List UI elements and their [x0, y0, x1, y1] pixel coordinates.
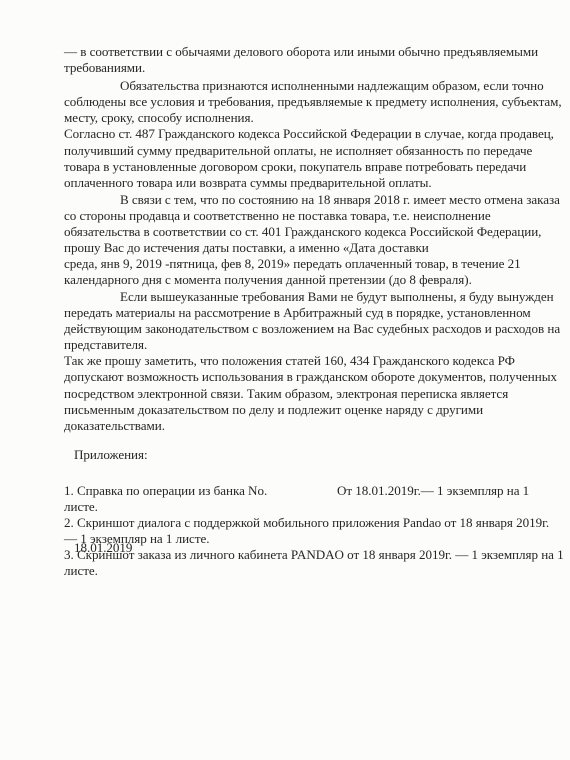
body-line: прошу Вас до истечения даты поставки, а …: [64, 240, 429, 256]
attachment-1-line1-right: От 18.01.2019г.— 1 экземпляр на 1: [337, 483, 529, 499]
body-line: получивший сумму предварительной оплаты,…: [64, 143, 532, 159]
body-line: оплаченного товара или возврата суммы пр…: [64, 175, 432, 191]
body-line: товара в установленные договором сроки, …: [64, 159, 526, 175]
attachment-3-line2: листе.: [64, 563, 98, 579]
attachment-1-line1: 1. Справка по операции из банка No.: [64, 483, 267, 499]
attachment-3-line1: 3. Скриншот заказа из личного кабинета P…: [64, 547, 564, 563]
body-line: месту, сроку, способу исполнения.: [64, 110, 254, 126]
body-line: передать материалы на рассмотрение в Арб…: [64, 305, 531, 321]
attachment-2-line1: 2. Скриншот диалога с поддержкой мобильн…: [64, 515, 549, 531]
body-line: со стороны продавца и соответственно не …: [64, 208, 491, 224]
attachments-heading: Приложения:: [74, 447, 148, 463]
body-line: Обязательства признаются исполненными на…: [120, 78, 544, 94]
body-line: Так же прошу заметить, что положения ста…: [64, 353, 515, 369]
body-line: допускают возможность использования в гр…: [64, 369, 557, 385]
body-line: действующим законодательством с возложен…: [64, 321, 560, 337]
body-line: представителя.: [64, 337, 147, 353]
body-line: обязательства в соответствии со ст. 401 …: [64, 224, 541, 240]
body-line: — в соответствии с обычаями делового обо…: [64, 44, 538, 60]
body-line: требованиями.: [64, 60, 145, 76]
body-line: календарного дня с момента получения дан…: [64, 272, 472, 288]
body-line: В связи с тем, что по состоянию на 18 ян…: [120, 192, 560, 208]
attachment-1-line2: листе.: [64, 499, 98, 515]
body-line: посредством электронной связи. Таким обр…: [64, 386, 508, 402]
body-line: среда, янв 9, 2019 -пятница, фев 8, 2019…: [64, 256, 521, 272]
body-line: доказательствами.: [64, 418, 165, 434]
document-date: 18.01.2019: [74, 540, 132, 556]
body-line: Согласно ст. 487 Гражданского кодекса Ро…: [64, 126, 554, 142]
body-line: письменным доказательством по делу и под…: [64, 402, 483, 418]
document-page: — в соответствии с обычаями делового обо…: [0, 0, 570, 760]
body-line: Если вышеуказанные требования Вами не бу…: [120, 289, 554, 305]
body-line: соблюдены все условия и требования, пред…: [64, 94, 562, 110]
